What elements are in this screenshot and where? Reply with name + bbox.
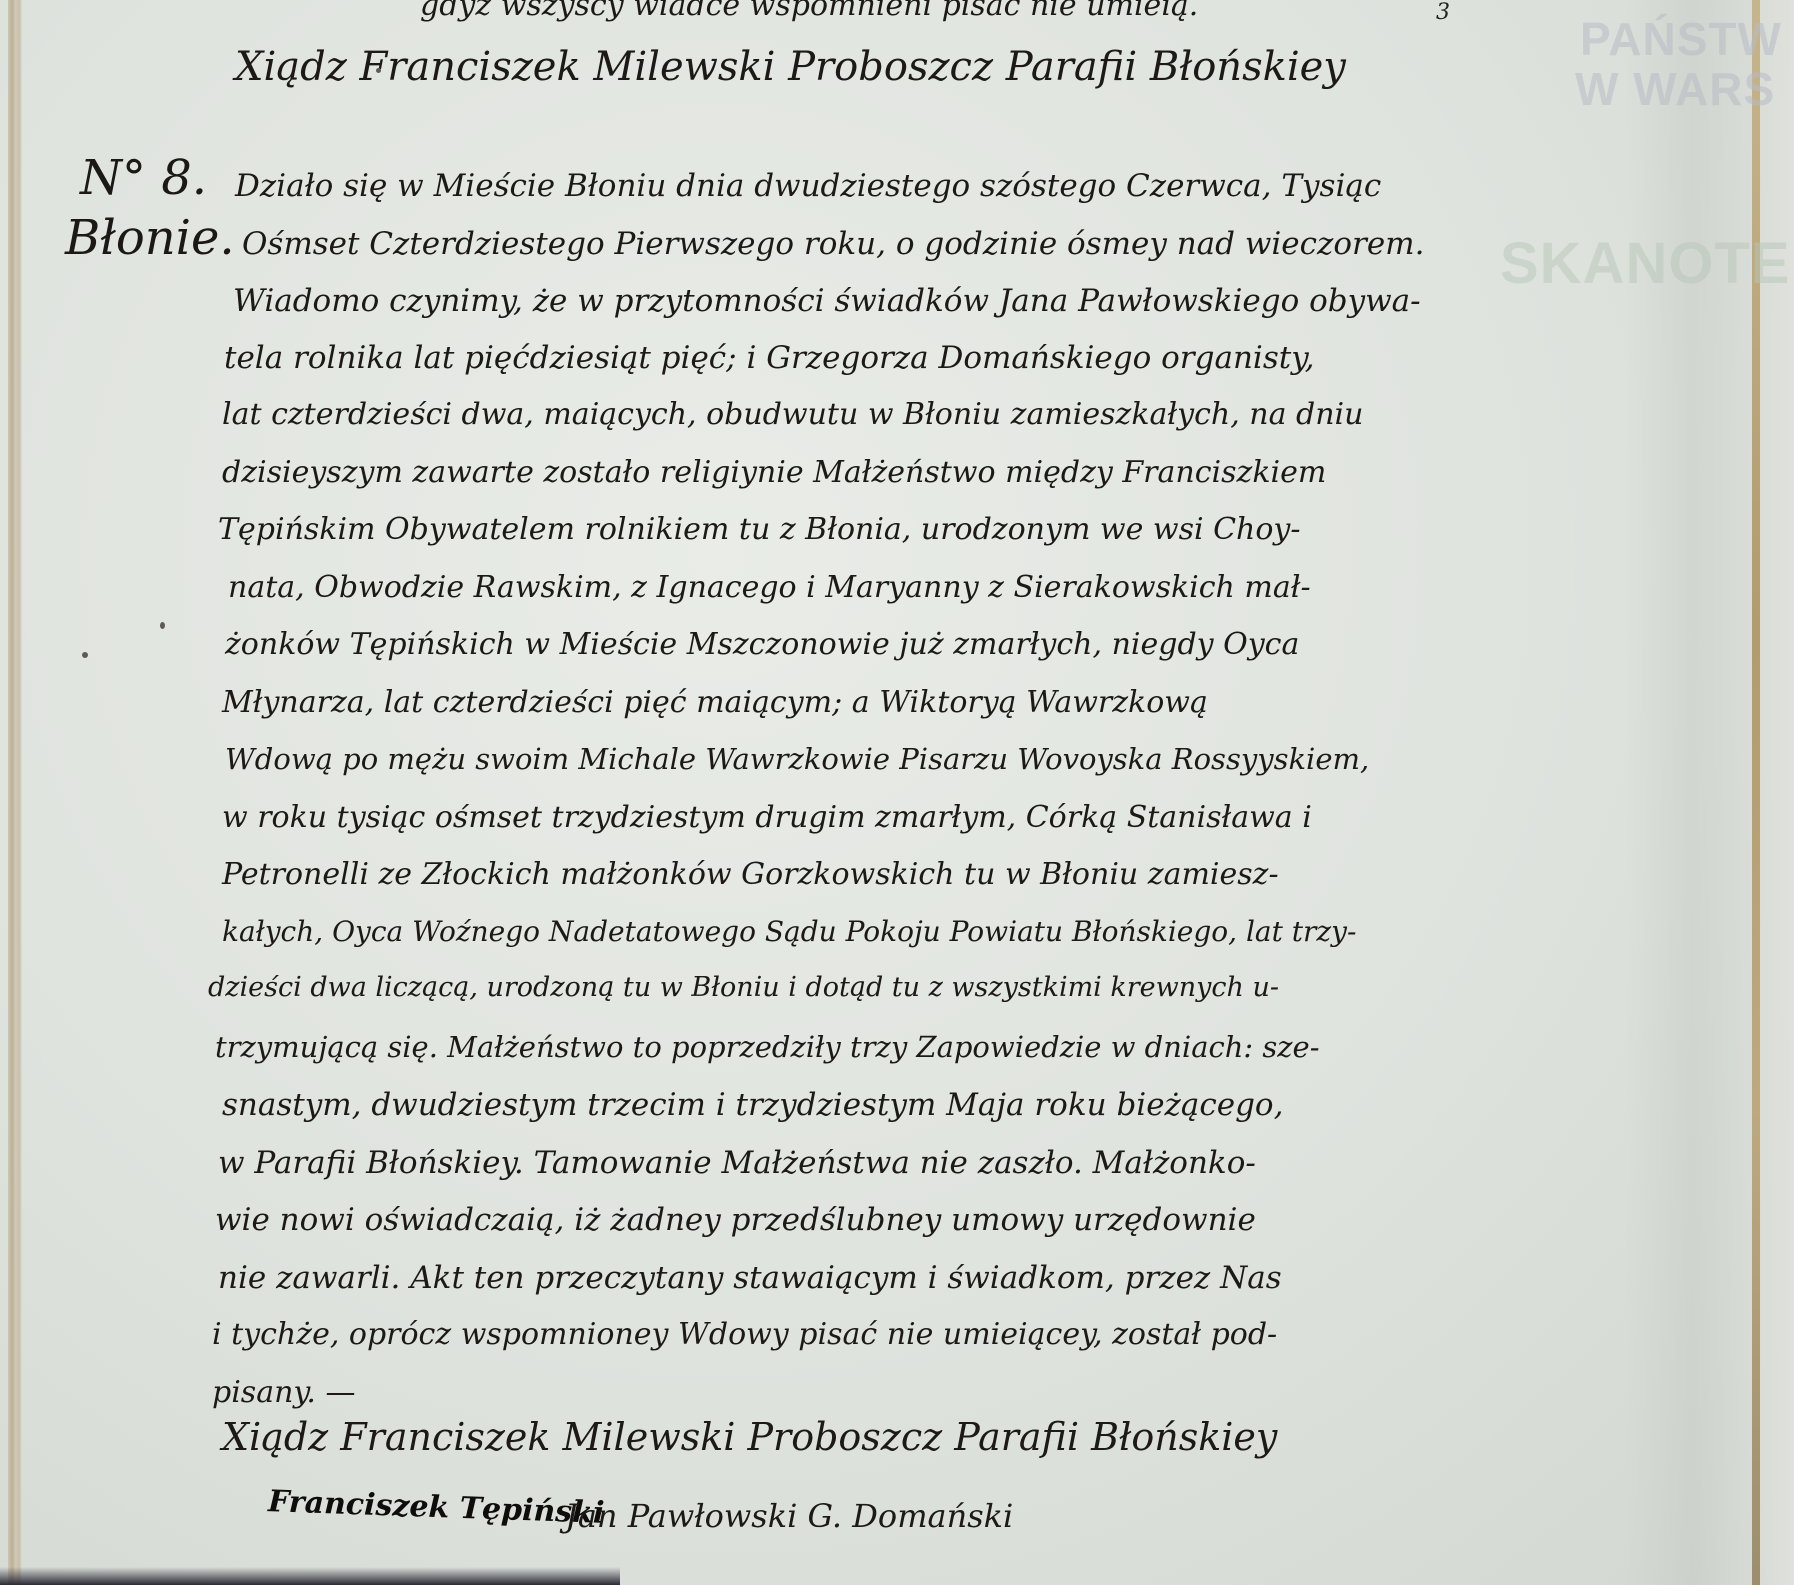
entry-line: w roku tysiąc ośmset trzydziestym drugim… — [222, 800, 1312, 835]
entry-line: nie zawarli. Akt ten przeczytany stawaią… — [218, 1260, 1282, 1296]
entry-line: Wiadomo czynimy, że w przytomności świad… — [233, 283, 1421, 319]
watermark-line-3: SKANOTEKA.GE — [1500, 230, 1794, 297]
entry-line: Młynarza, lat czterdzieści pięć maiącym;… — [222, 685, 1208, 720]
entry-place: Błonie. — [65, 210, 235, 266]
entry-line: i tychże, oprócz wspomnioney Wdowy pisać… — [212, 1317, 1277, 1352]
entry-line: snastym, dwudziestym trzecim i trzydzies… — [222, 1087, 1283, 1123]
entry-line: pisany. — — [212, 1375, 355, 1410]
previous-entry-signature: Xiądz Franciszek Milewski Proboszcz Para… — [235, 44, 1346, 90]
watermark-line-2: W WARS — [1575, 62, 1775, 116]
document-page: PAŃSTW W WARS SKANOTEKA.GE 3 gdyż wszysc… — [0, 0, 1794, 1585]
page-binding-edge — [8, 0, 22, 1585]
watermark-line-1: PAŃSTW — [1580, 12, 1782, 66]
entry-line: kałych, Oyca Woźnego Nadetatowego Sądu P… — [222, 915, 1356, 948]
entry-line: tela rolnika lat pięćdziesiąt pięć; i Gr… — [224, 340, 1314, 376]
entry-line: Wdową po mężu swoim Michale Wawrzkowie P… — [225, 742, 1369, 776]
entry-line: dzieści dwa liczącą, urodzoną tu w Błoni… — [208, 972, 1279, 1003]
entry-line: Działo się w Mieście Błoniu dnia dwudzie… — [235, 168, 1381, 204]
ink-spot — [82, 652, 88, 658]
page-bottom-shadow — [0, 1567, 620, 1585]
entry-line: Tępińskim Obywatelem rolnikiem tu z Błon… — [218, 512, 1301, 547]
priest-signature: Xiądz Franciszek Milewski Proboszcz Para… — [222, 1415, 1277, 1459]
ink-spot — [376, 68, 381, 73]
groom-signature: Franciszek Tępiński — [267, 1484, 604, 1531]
entry-line: dzisieyszym zawarte zostało religiynie M… — [222, 455, 1326, 490]
witnesses-signature: Jan Pawłowski G. Domański — [565, 1497, 1013, 1535]
page-mark: 3 — [1436, 0, 1450, 25]
entry-line: wie nowi oświadczaią, iż żadney przedślu… — [215, 1202, 1256, 1238]
ink-spot — [160, 622, 165, 629]
entry-line: Petronelli ze Złockich małżonków Gorzkow… — [222, 857, 1279, 892]
entry-line: trzymującą się. Małżeństwo to poprzedził… — [215, 1030, 1320, 1064]
entry-line: w Parafii Błońskiey. Tamowanie Małżeństw… — [218, 1145, 1256, 1181]
previous-entry-tail: gdyż wszyscy wiadce wspomnieni pisać nie… — [420, 0, 1198, 23]
entry-line: żonków Tępińskich w Mieście Mszczonowie … — [225, 627, 1299, 662]
entry-number: N° 8. — [80, 150, 207, 206]
entry-line: nata, Obwodzie Rawskim, z Ignacego i Mar… — [228, 570, 1311, 605]
entry-line: Ośmset Czterdziestego Pierwszego roku, o… — [242, 226, 1424, 262]
entry-line: lat czterdzieści dwa, maiących, obudwutu… — [222, 397, 1363, 432]
